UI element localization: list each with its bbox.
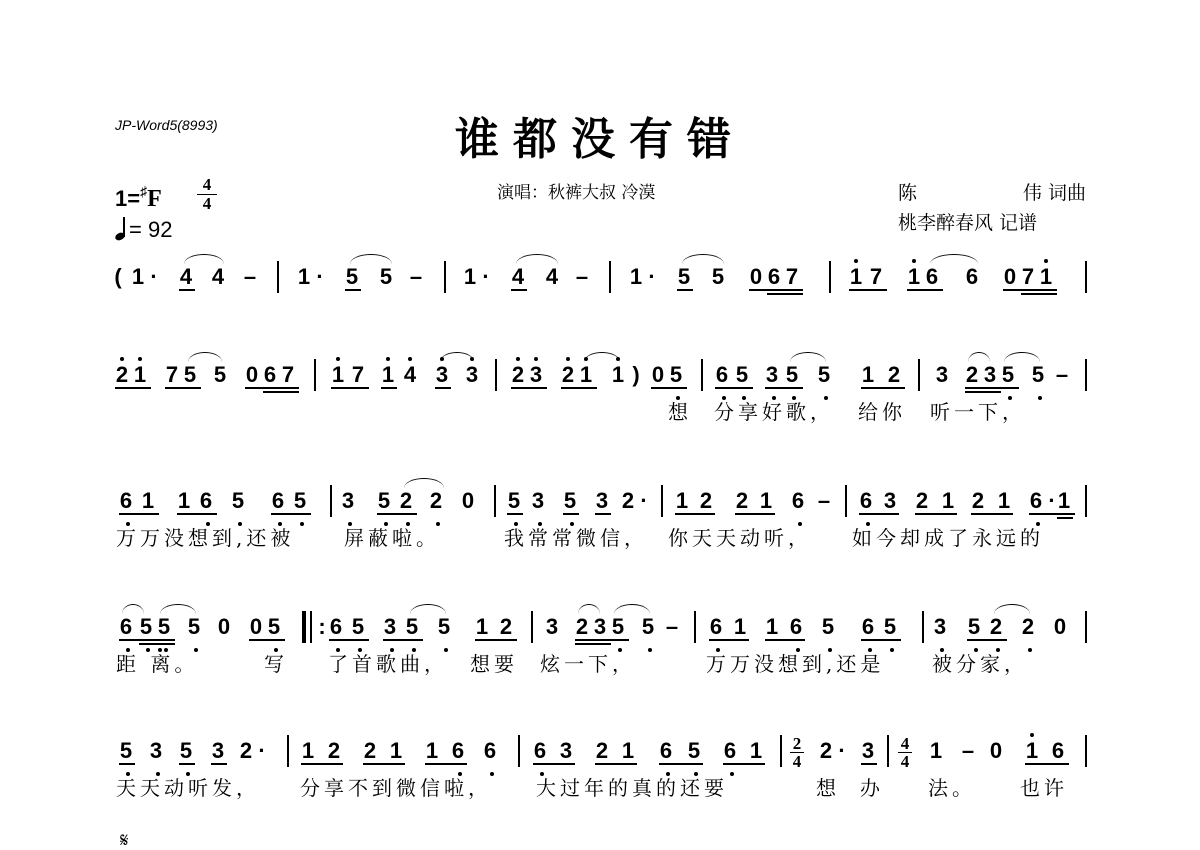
barline — [609, 261, 611, 293]
composer-name-b: 伟 — [1023, 182, 1042, 204]
barline — [780, 735, 782, 767]
note: 5 — [820, 614, 836, 640]
note: 4 — [544, 264, 560, 290]
note: 5 — [710, 264, 726, 290]
note: 0 — [248, 614, 264, 640]
note: 5 — [266, 614, 282, 640]
beam-underline — [263, 391, 299, 393]
note: 2 — [964, 362, 980, 388]
note: 7 — [280, 362, 296, 388]
note: 3 — [594, 488, 610, 514]
barline — [1085, 485, 1087, 517]
note: 2 — [1020, 614, 1036, 640]
note: 5 — [562, 488, 578, 514]
note: 6 — [270, 488, 286, 514]
note: 6 — [118, 614, 134, 640]
note: 1 — [758, 488, 774, 514]
beam-underline — [511, 387, 547, 389]
note: 5 — [668, 362, 684, 388]
song-title: 谁都没有错 — [0, 112, 1200, 168]
low-octave-dot — [1038, 396, 1042, 400]
lyric-text: 了首歌曲， — [328, 652, 448, 676]
high-octave-dot — [138, 357, 142, 361]
score-row: 53532·1221166632165612·31–0162444天天动听发，分… — [0, 738, 1200, 848]
score-row: 61165653522053532·12216–6321216·1万万没想到,还… — [0, 488, 1200, 598]
note: 1 — [940, 488, 956, 514]
note: 0 — [1052, 614, 1068, 640]
note: 2 — [970, 488, 986, 514]
note: 5 — [686, 738, 702, 764]
note: 7 — [350, 362, 366, 388]
lyric-text: 给你 — [858, 400, 906, 424]
key-signature: 1=♯F — [115, 176, 162, 214]
barline — [1085, 735, 1087, 767]
high-octave-dot — [386, 357, 390, 361]
beam-underline — [595, 763, 637, 765]
lyric-text: 屏蔽啦。 — [344, 526, 440, 550]
note: – — [1054, 362, 1070, 388]
note: 2 — [620, 488, 636, 514]
low-octave-dot — [300, 522, 304, 526]
note: 3 — [464, 362, 480, 388]
score-row: 2175506717143323211)05653551232355–想分享好歌… — [0, 362, 1200, 472]
note: · — [146, 264, 162, 290]
note: 1 — [996, 488, 1012, 514]
note: 5 — [118, 738, 134, 764]
note: 5 — [178, 738, 194, 764]
beam-underline — [533, 763, 575, 765]
transcriber-credit: 桃李醉春风 记谱 — [898, 208, 1037, 235]
beam-underline — [563, 513, 579, 515]
note: 3 — [882, 488, 898, 514]
note: 1 — [578, 362, 594, 388]
high-octave-dot — [120, 357, 124, 361]
lyric-text: 想 — [816, 776, 840, 800]
note: 0 — [748, 264, 764, 290]
beam-underline — [1029, 513, 1075, 515]
tempo-marking: = 92 — [115, 216, 172, 244]
quarter-note-icon — [115, 216, 129, 240]
barline — [310, 611, 312, 643]
note: 5 — [1000, 362, 1016, 388]
composer-credit: 陈 伟 词曲 — [898, 178, 1086, 205]
note: 4 — [178, 264, 194, 290]
note: 0 — [216, 614, 232, 640]
beam-underline — [165, 387, 201, 389]
lyric-text: 大过年的真的还要 — [536, 776, 728, 800]
beam-underline — [383, 639, 423, 641]
note: 1 — [620, 738, 636, 764]
slur — [184, 254, 224, 264]
note: 1 — [610, 362, 626, 388]
note: 2 — [398, 488, 414, 514]
note: · — [312, 264, 328, 290]
note: 5 — [676, 264, 692, 290]
lyric-text: 距 离。 — [116, 652, 198, 676]
low-octave-dot — [890, 648, 894, 652]
note: 3 — [340, 488, 356, 514]
note: 2 — [326, 738, 342, 764]
beam-underline — [915, 513, 957, 515]
note: 6 — [964, 264, 980, 290]
tempo-value: = 92 — [129, 217, 172, 242]
barline — [845, 485, 847, 517]
note: 6 — [1050, 738, 1066, 764]
beam-underline — [907, 289, 943, 291]
beam-underline — [425, 763, 467, 765]
beam-underline — [735, 513, 775, 515]
note: 0 — [650, 362, 666, 388]
barline — [330, 485, 332, 517]
note: – — [816, 488, 832, 514]
lyric-text: 分享不到微信啦， — [300, 776, 492, 800]
note: 1 — [296, 264, 312, 290]
slur — [682, 254, 724, 264]
beam-underline — [377, 513, 417, 515]
note: 5 — [640, 614, 656, 640]
note: 1 — [388, 738, 404, 764]
note: 5 — [734, 362, 750, 388]
beam-underline — [849, 289, 887, 291]
note: 6 — [860, 614, 876, 640]
lyric-text: 也许 — [1020, 776, 1068, 800]
note: 0 — [988, 738, 1004, 764]
note: 2 — [574, 614, 590, 640]
lyric-text: 法。 — [928, 776, 976, 800]
key-note: F — [147, 186, 162, 212]
barline — [1085, 261, 1087, 293]
beam-underline — [765, 639, 805, 641]
slur — [404, 478, 444, 488]
slur — [614, 604, 650, 614]
beam-underline — [595, 513, 611, 515]
beam-underline — [967, 639, 1007, 641]
note: ) — [628, 362, 644, 388]
beam-underline — [659, 763, 703, 765]
note: 1 — [906, 264, 922, 290]
high-octave-dot — [408, 357, 412, 361]
note: 1 — [380, 362, 396, 388]
note: 0 — [1002, 264, 1018, 290]
note: 7 — [868, 264, 884, 290]
note: 5 — [816, 362, 832, 388]
note: 2 — [698, 488, 714, 514]
note: 1 — [1038, 264, 1054, 290]
slur — [994, 604, 1030, 614]
note: 4 — [402, 362, 418, 388]
lyric-text: 办 — [860, 776, 884, 800]
beam-underline — [861, 387, 905, 389]
slur — [160, 604, 196, 614]
barline — [287, 735, 289, 767]
beam-underline — [965, 391, 1001, 393]
beam-underline — [861, 639, 901, 641]
score-row: 6555005:653551232355–611656535220距 离。写了首… — [0, 614, 1200, 724]
beam-underline — [575, 643, 611, 645]
note: · — [254, 738, 270, 764]
note: 3 — [148, 738, 164, 764]
note: 2 — [818, 738, 834, 764]
slur — [930, 254, 978, 264]
lyric-text: 被分家， — [932, 652, 1028, 676]
note: 5 — [138, 614, 154, 640]
note: 5 — [212, 362, 228, 388]
note: 1 — [748, 738, 764, 764]
segno-icon: 𝄋 — [120, 828, 129, 850]
note: 6 — [722, 738, 738, 764]
lyric-text: 如今却成了永远的 — [852, 526, 1044, 550]
beam-underline — [723, 763, 765, 765]
beam-underline — [677, 289, 693, 291]
note: 1 — [300, 738, 316, 764]
beam-underline — [119, 763, 135, 765]
lyric-text: 你天天动听， — [668, 526, 812, 550]
note: 0 — [460, 488, 476, 514]
note: 5 — [230, 488, 246, 514]
beam-underline — [179, 289, 195, 291]
note: 1 — [674, 488, 690, 514]
beam-underline — [329, 639, 369, 641]
high-octave-dot — [566, 357, 570, 361]
note: 5 — [156, 614, 172, 640]
note: 3 — [210, 738, 226, 764]
note: 6 — [482, 738, 498, 764]
lyric-text: 分享好歌， — [714, 400, 834, 424]
high-octave-dot — [516, 357, 520, 361]
note: 5 — [378, 264, 394, 290]
note: 5 — [784, 362, 800, 388]
note: 5 — [1030, 362, 1046, 388]
beam-underline — [1025, 763, 1069, 765]
barline — [302, 611, 306, 643]
note: 2 — [428, 488, 444, 514]
note: 5 — [350, 614, 366, 640]
lyric-text: 想要 — [470, 652, 518, 676]
lyric-text: 万万没想到,还被 — [116, 526, 294, 550]
beam-underline — [965, 387, 1019, 389]
note: 1 — [732, 614, 748, 640]
note: 5 — [182, 362, 198, 388]
beam-underline — [1057, 517, 1073, 519]
note: 5 — [404, 614, 420, 640]
high-octave-dot — [912, 259, 916, 263]
note: 6 — [262, 362, 278, 388]
time-signature-change: 24 — [790, 736, 804, 769]
lyric-text: 天天动听发， — [116, 776, 260, 800]
note: 7 — [164, 362, 180, 388]
beam-underline — [271, 513, 311, 515]
key-prefix: 1= — [115, 186, 140, 211]
note: 3 — [592, 614, 608, 640]
note: 4 — [210, 264, 226, 290]
note: · — [636, 488, 652, 514]
note: 1 — [848, 264, 864, 290]
note: 6 — [790, 488, 806, 514]
lyric-text: 炫一下， — [540, 652, 636, 676]
beam-underline — [861, 763, 877, 765]
beam-underline — [177, 513, 217, 515]
high-octave-dot — [1030, 733, 1034, 737]
note: 6 — [328, 614, 344, 640]
note: 7 — [784, 264, 800, 290]
note: 2 — [594, 738, 610, 764]
barline — [694, 611, 696, 643]
note: 3 — [544, 614, 560, 640]
barline — [887, 735, 889, 767]
note: 1 — [928, 738, 944, 764]
beam-underline — [767, 293, 803, 295]
note: 2 — [362, 738, 378, 764]
high-octave-dot — [336, 357, 340, 361]
lyric-text: 万万没想到,还是 — [706, 652, 884, 676]
beam-underline — [115, 387, 151, 389]
note: 3 — [528, 362, 544, 388]
barline — [918, 359, 920, 391]
note: – — [242, 264, 258, 290]
note: 6 — [858, 488, 874, 514]
note: 3 — [558, 738, 574, 764]
note: 1 — [424, 738, 440, 764]
beam-underline — [363, 763, 405, 765]
singer-credit: 演唱：秋裤大叔 冷漠 — [497, 178, 655, 203]
note: 6 — [532, 738, 548, 764]
note: – — [574, 264, 590, 290]
note: 5 — [186, 614, 202, 640]
barline — [531, 611, 533, 643]
beam-underline — [245, 387, 299, 389]
note: 7 — [1020, 264, 1036, 290]
note: · — [834, 738, 850, 764]
note: 2 — [498, 614, 514, 640]
note: 6 — [766, 264, 782, 290]
beam-underline — [709, 639, 749, 641]
barline — [661, 485, 663, 517]
note: 2 — [238, 738, 254, 764]
slur — [122, 604, 144, 614]
note: 2 — [510, 362, 526, 388]
beam-underline — [1021, 293, 1057, 295]
barline — [518, 735, 520, 767]
note: ( — [110, 264, 126, 290]
note: – — [664, 614, 680, 640]
barline — [444, 261, 446, 293]
note: 1 — [130, 264, 146, 290]
high-octave-dot — [534, 357, 538, 361]
note: 6 — [118, 488, 134, 514]
note: 3 — [860, 738, 876, 764]
note: 1 — [462, 264, 478, 290]
note: 2 — [734, 488, 750, 514]
note: 5 — [344, 264, 360, 290]
note: 5 — [292, 488, 308, 514]
note: · — [478, 264, 494, 290]
beam-underline — [507, 513, 523, 515]
note: 6 — [788, 614, 804, 640]
high-octave-dot — [1044, 259, 1048, 263]
note: 6 — [708, 614, 724, 640]
lyric-text: 写 — [264, 652, 288, 676]
lyric-text: 听一下， — [930, 400, 1026, 424]
low-octave-dot — [648, 648, 652, 652]
composer-role: 词曲 — [1048, 182, 1086, 204]
note: 3 — [382, 614, 398, 640]
note: 3 — [982, 362, 998, 388]
note: 1 — [176, 488, 192, 514]
note: 2 — [114, 362, 130, 388]
note: 6 — [1028, 488, 1044, 514]
note: 5 — [436, 614, 452, 640]
note: · — [644, 264, 660, 290]
slur — [578, 604, 600, 614]
time-signature: 4 4 — [197, 177, 217, 212]
note: 1 — [764, 614, 780, 640]
barline — [495, 359, 497, 391]
note: 2 — [914, 488, 930, 514]
beam-underline — [119, 513, 159, 515]
note: 6 — [924, 264, 940, 290]
note: 3 — [434, 362, 450, 388]
time-signature-top: 4 — [197, 177, 217, 193]
beam-underline — [561, 387, 597, 389]
note: 6 — [714, 362, 730, 388]
beam-underline — [119, 639, 175, 641]
note: 6 — [198, 488, 214, 514]
note: 1 — [860, 362, 876, 388]
slur — [410, 604, 446, 614]
note: 1 — [330, 362, 346, 388]
note: 2 — [560, 362, 576, 388]
low-octave-dot — [730, 772, 734, 776]
note: 1 — [1024, 738, 1040, 764]
slur — [350, 254, 392, 264]
beam-underline — [475, 639, 517, 641]
note: 3 — [764, 362, 780, 388]
barline — [829, 261, 831, 293]
note: 2 — [886, 362, 902, 388]
beam-underline — [179, 763, 195, 765]
beam-underline — [511, 289, 527, 291]
note: 0 — [244, 362, 260, 388]
composer-name-a: 陈 — [898, 178, 917, 205]
slur — [516, 254, 558, 264]
beam-underline — [381, 387, 397, 389]
note: 5 — [882, 614, 898, 640]
barline — [1085, 359, 1087, 391]
lyric-text: 我常常微信， — [504, 526, 648, 550]
beam-underline — [675, 513, 715, 515]
beam-underline — [575, 639, 629, 641]
time-signature-bottom: 4 — [197, 196, 217, 212]
note: – — [960, 738, 976, 764]
beam-underline — [971, 513, 1013, 515]
beam-underline — [331, 387, 369, 389]
note: 5 — [610, 614, 626, 640]
note: 1 — [140, 488, 156, 514]
high-octave-dot — [854, 259, 858, 263]
lyric-text: 想 — [668, 400, 692, 424]
note: 3 — [530, 488, 546, 514]
beam-underline — [211, 763, 227, 765]
time-signature-change: 44 — [898, 736, 912, 769]
note: 1 — [1056, 488, 1072, 514]
barline — [277, 261, 279, 293]
note: 1 — [474, 614, 490, 640]
beam-underline — [749, 289, 803, 291]
beam-underline — [139, 643, 175, 645]
barline — [494, 485, 496, 517]
beam-underline — [859, 513, 899, 515]
beam-underline — [435, 387, 451, 389]
